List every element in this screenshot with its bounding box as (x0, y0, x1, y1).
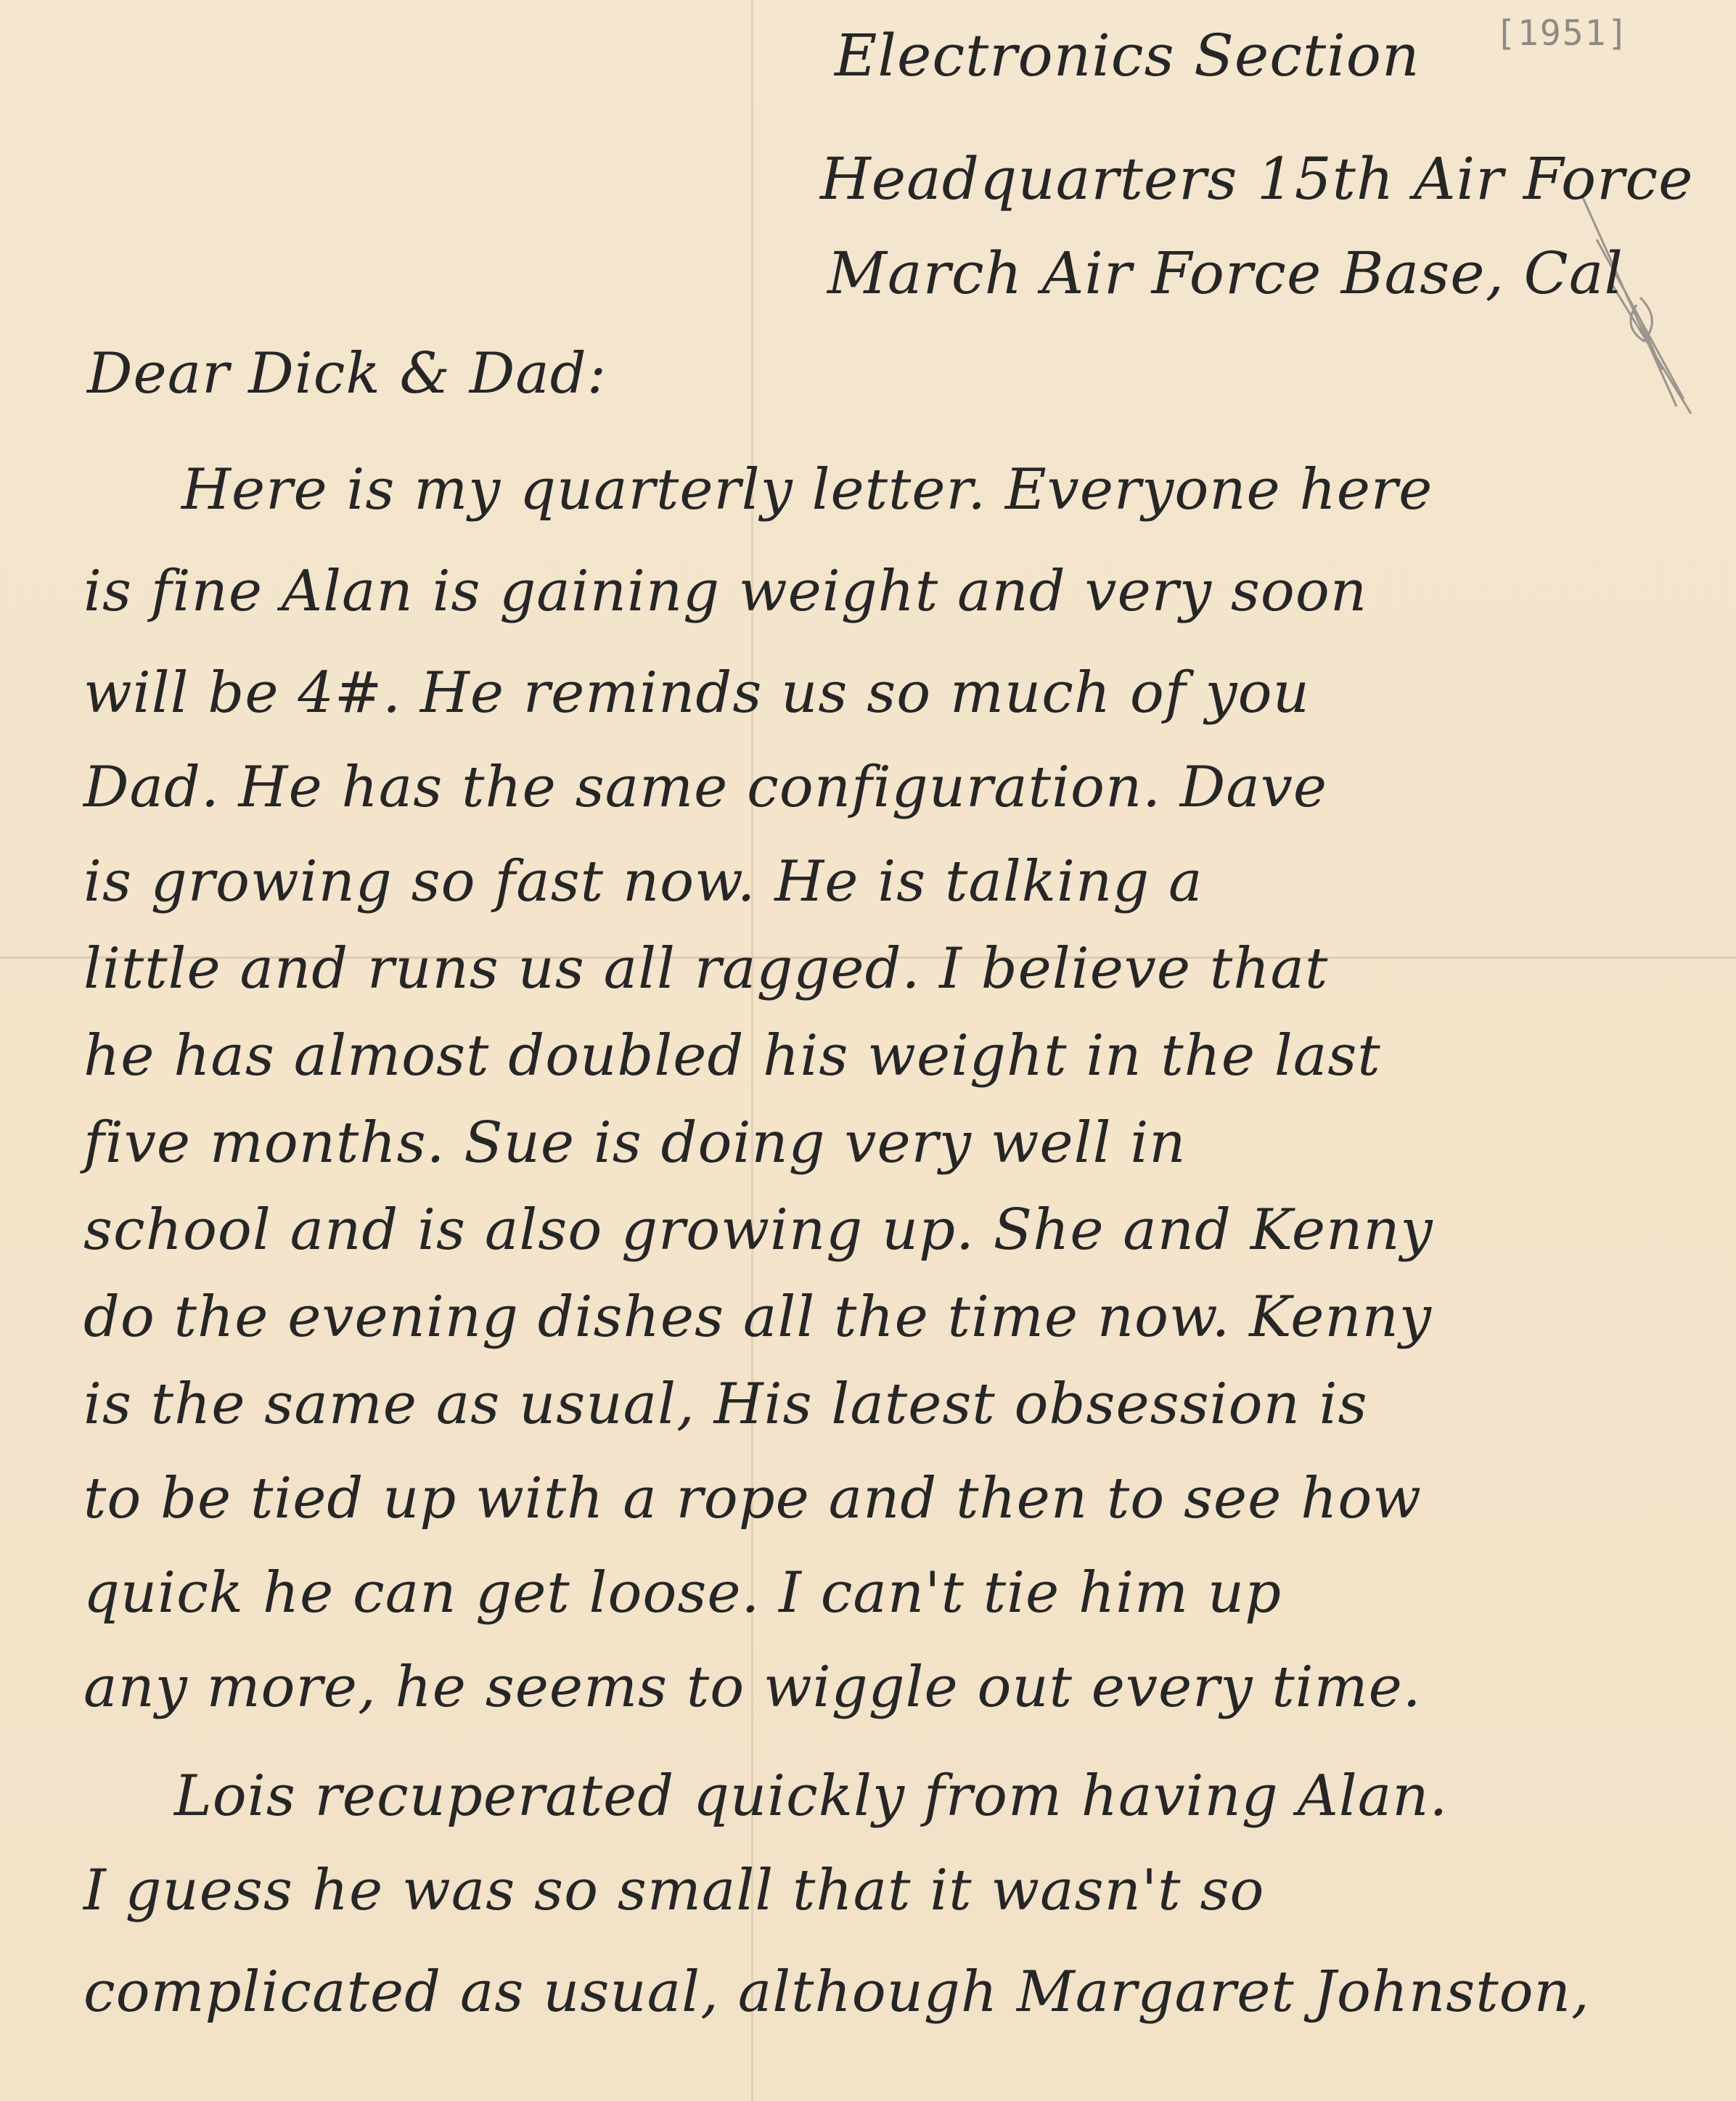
date-annotation: [1951] (1495, 13, 1629, 54)
body-line: to be tied up with a rope and then to se… (83, 1466, 1422, 1531)
body-line: any more, he seems to wiggle out every t… (83, 1655, 1422, 1720)
body-line: is fine Alan is gaining weight and very … (83, 559, 1367, 624)
body-line: is growing so fast now. He is talking a (83, 849, 1203, 914)
body-line: little and runs us all ragged. I believe… (83, 936, 1328, 1002)
letterhead-line-1: Electronics Section (835, 22, 1420, 89)
body-line: Dad. He has the same configuration. Dave (83, 755, 1327, 820)
letterhead-line-3: March Air Force Base, Cal (827, 239, 1624, 307)
body-line: will be 4#. He reminds us so much of you (83, 660, 1310, 726)
body-line: I guess he was so small that it wasn't s… (83, 1858, 1264, 1923)
body-line: Lois recuperated quickly from having Ala… (174, 1764, 1448, 1829)
body-line: do the evening dishes all the time now. … (83, 1285, 1432, 1350)
letterhead-line-2: Headquarters 15th Air Force (820, 145, 1694, 213)
body-line: school and is also growing up. She and K… (83, 1197, 1433, 1263)
body-line: he has almost doubled his weight in the … (83, 1023, 1381, 1089)
body-line: complicated as usual, although Margaret … (83, 1959, 1590, 2025)
body-line: is the same as usual, His latest obsessi… (83, 1372, 1368, 1437)
salutation: Dear Dick & Dad: (87, 341, 607, 406)
body-line: quick he can get loose. I can't tie him … (83, 1560, 1282, 1626)
body-line: Here is my quarterly letter. Everyone he… (181, 457, 1433, 523)
body-line: five months. Sue is doing very well in (83, 1110, 1187, 1176)
